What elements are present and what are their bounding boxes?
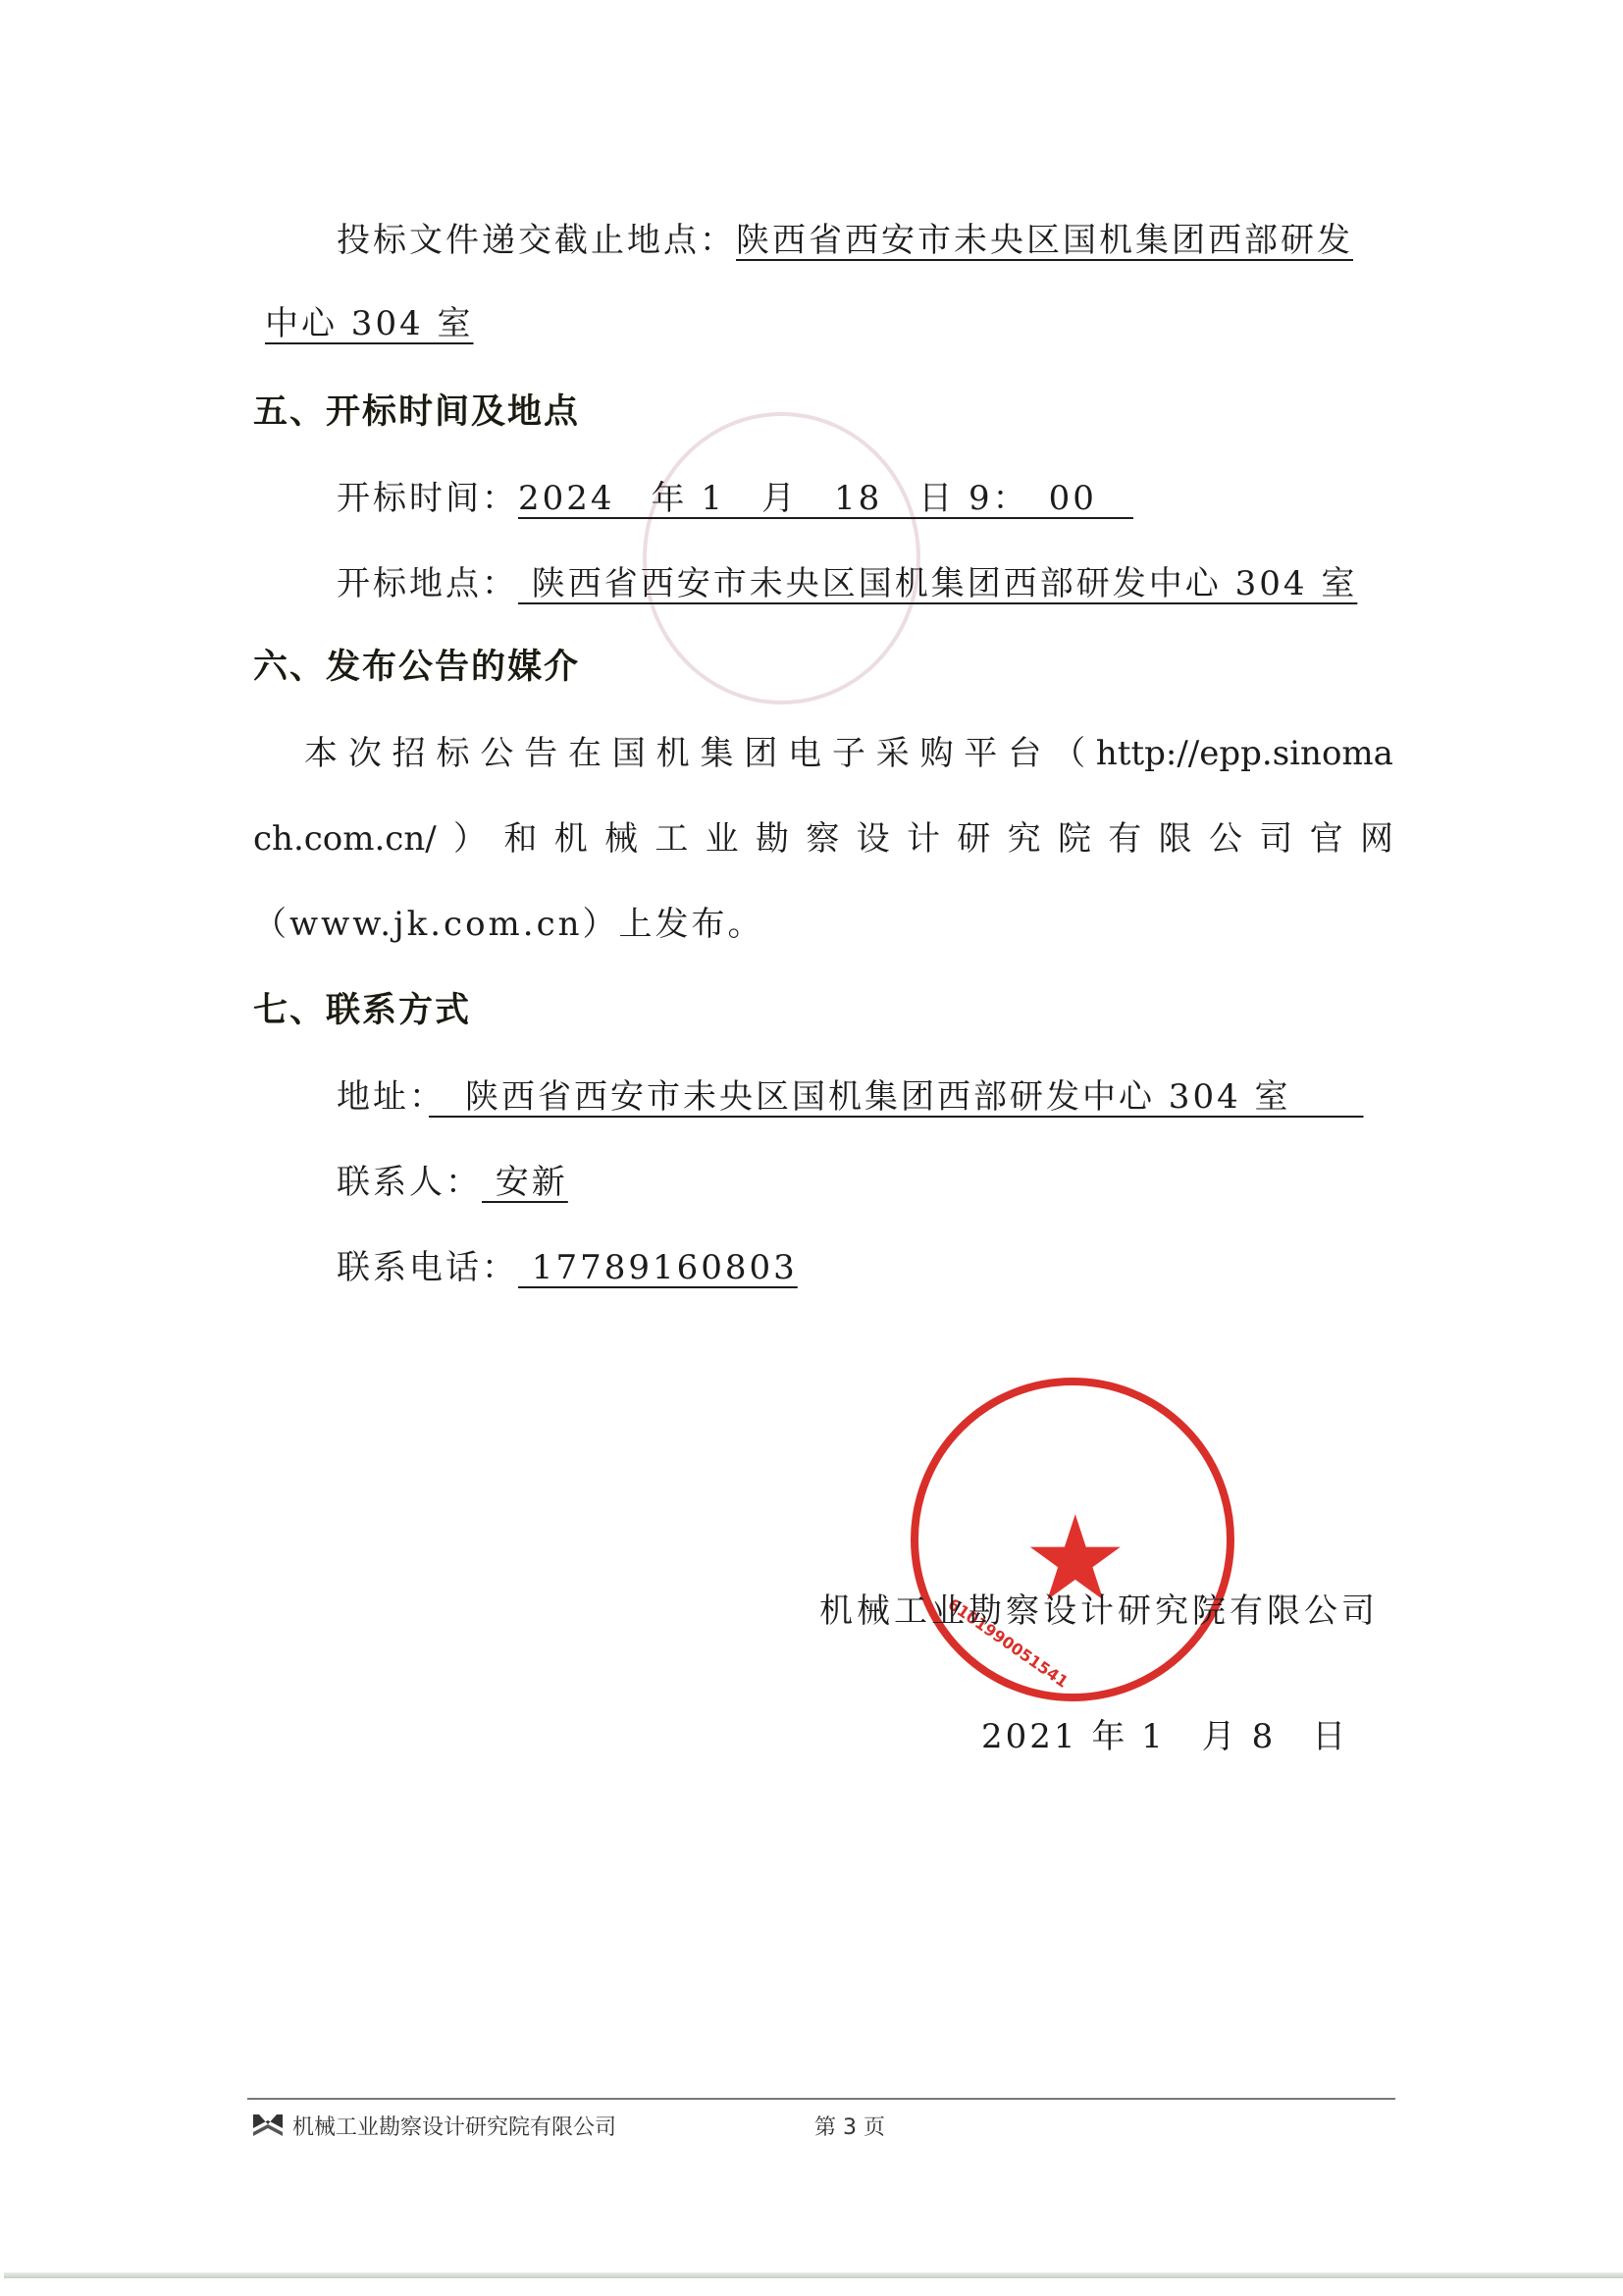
media-text-fragment: 设 bbox=[857, 819, 890, 859]
media-text-fragment: 究 bbox=[1008, 819, 1041, 859]
media-text-fragment: 电 bbox=[788, 734, 821, 773]
phone-label: 联系电话： bbox=[337, 1248, 518, 1287]
media-text-fragment: 院 bbox=[1058, 819, 1091, 859]
opening-place-label: 开标地点： bbox=[337, 564, 518, 603]
media-text-fragment: 有 bbox=[1108, 819, 1141, 859]
media-text-fragment: 子 bbox=[832, 734, 865, 773]
media-text-fragment: 平 bbox=[964, 734, 997, 773]
media-text-fragment: 机 bbox=[554, 819, 588, 859]
media-text-fragment: 研 bbox=[957, 819, 990, 859]
media-text-fragment: 公 bbox=[480, 734, 513, 773]
media-text-fragment: http://epp.sinoma bbox=[1096, 734, 1393, 773]
media-text-fragment: 和 bbox=[503, 819, 537, 859]
opening-time-line: 开标时间：2024 年 1 月 18 日 9： 00 bbox=[337, 479, 1133, 518]
media-text-fragment: 限 bbox=[1159, 819, 1192, 859]
media-text-fragment: 告 bbox=[524, 734, 557, 773]
media-text-fragment: 本 bbox=[304, 734, 338, 773]
media-text-fragment: 械 bbox=[604, 819, 638, 859]
signature-company: 机械工业勘察设计研究院有限公司 bbox=[819, 1592, 1379, 1631]
media-text-fragment: 标 bbox=[436, 734, 469, 773]
media-paragraph-line-1: 本次招标公告在国机集团电子采购平台（http://epp.sinoma bbox=[304, 734, 1393, 773]
section-7-heading: 七、联系方式 bbox=[253, 991, 471, 1030]
media-text-fragment: 采 bbox=[876, 734, 910, 773]
media-text-fragment: 购 bbox=[920, 734, 954, 773]
section-6-heading: 六、发布公告的媒介 bbox=[253, 648, 580, 687]
contact-person-label: 联系人： bbox=[337, 1163, 482, 1202]
media-text-fragment: 计 bbox=[907, 819, 940, 859]
media-text-fragment: 国 bbox=[612, 734, 646, 773]
media-text-fragment: 网 bbox=[1360, 819, 1393, 859]
footer-page-number: 第 3 页 bbox=[814, 2111, 885, 2141]
media-text-fragment: 台 bbox=[1008, 734, 1041, 773]
submission-location-value-2: 中心 304 室 bbox=[265, 304, 474, 343]
media-text-fragment: 工 bbox=[654, 819, 688, 859]
submission-location-label: 投标文件递交截止地点： bbox=[337, 221, 736, 260]
media-text-fragment: ） bbox=[453, 819, 487, 859]
media-paragraph-line-3: （www.jk.com.cn）上发布。 bbox=[253, 905, 764, 944]
media-text-fragment: 团 bbox=[744, 734, 777, 773]
media-text-fragment: （ bbox=[1052, 734, 1085, 773]
media-paragraph-line-2: ch.com.cn/）和机械工业勘察设计研究院有限公司官网 bbox=[253, 819, 1393, 859]
footer-company: 机械工业勘察设计研究院有限公司 bbox=[292, 2111, 616, 2141]
scan-edge-line bbox=[4, 2272, 1623, 2278]
submission-location-line: 投标文件递交截止地点：陕西省西安市未央区国机集团西部研发 bbox=[337, 221, 1353, 260]
contact-person-value: 安新 bbox=[482, 1163, 568, 1202]
address-label: 地址： bbox=[337, 1077, 429, 1117]
media-text-fragment: 招 bbox=[393, 734, 426, 773]
media-text-fragment: 在 bbox=[568, 734, 602, 773]
phone-value: 17789160803 bbox=[518, 1248, 798, 1287]
address-line: 地址： 陕西省西安市未央区国机集团西部研发中心 304 室 bbox=[337, 1077, 1364, 1117]
contact-person-line: 联系人： 安新 bbox=[337, 1163, 568, 1202]
faint-seal-stamp bbox=[643, 412, 920, 704]
opening-time-value: 2024 年 1 月 18 日 9： 00 bbox=[518, 479, 1133, 518]
media-text-fragment: 勘 bbox=[756, 819, 789, 859]
media-text-fragment: 察 bbox=[806, 819, 839, 859]
address-value: 陕西省西安市未央区国机集团西部研发中心 304 室 bbox=[429, 1077, 1364, 1117]
signature-date: 2021 年 1 月 8 日 bbox=[981, 1717, 1348, 1756]
opening-place-line: 开标地点： 陕西省西安市未央区国机集团西部研发中心 304 室 bbox=[337, 564, 1357, 603]
media-text-fragment: 次 bbox=[348, 734, 382, 773]
company-logo-icon bbox=[253, 2113, 283, 2136]
submission-location-value: 陕西省西安市未央区国机集团西部研发 bbox=[736, 221, 1353, 260]
submission-location-continued: 中心 304 室 bbox=[265, 304, 474, 343]
media-text-fragment: 司 bbox=[1259, 819, 1292, 859]
phone-line: 联系电话： 17789160803 bbox=[337, 1248, 798, 1287]
opening-time-label: 开标时间： bbox=[337, 479, 518, 518]
footer-divider bbox=[247, 2098, 1395, 2100]
media-text-fragment: 公 bbox=[1209, 819, 1242, 859]
media-text-fragment: 业 bbox=[706, 819, 739, 859]
section-5-heading: 五、开标时间及地点 bbox=[253, 392, 580, 432]
media-text-fragment: ch.com.cn/ bbox=[253, 819, 437, 859]
media-text-fragment: 机 bbox=[656, 734, 690, 773]
media-text-fragment: 集 bbox=[700, 734, 733, 773]
media-text-fragment: 官 bbox=[1310, 819, 1343, 859]
opening-place-value: 陕西省西安市未央区国机集团西部研发中心 304 室 bbox=[518, 564, 1357, 603]
